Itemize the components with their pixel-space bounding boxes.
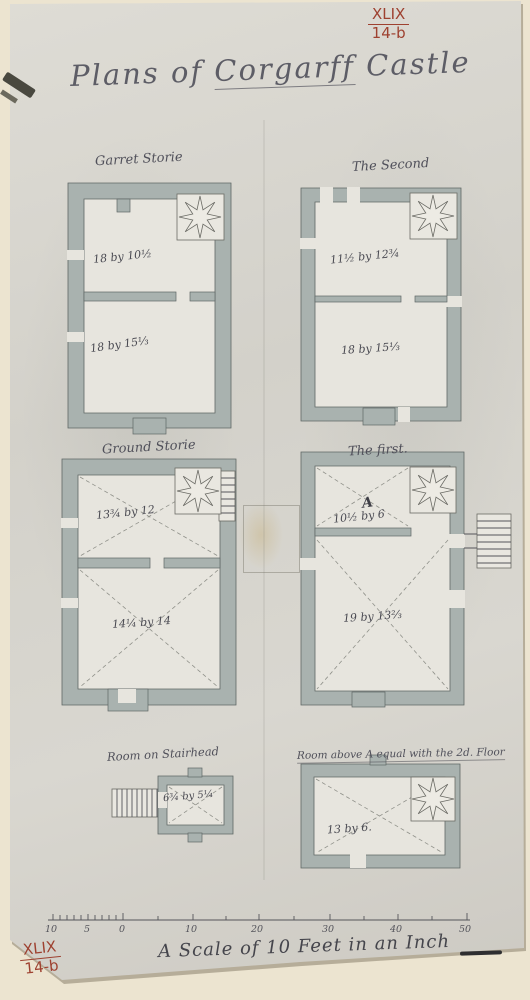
spiral-stair-icon [179,196,221,238]
spiral-stair-icon [412,778,454,820]
plan-ground-storie [61,459,236,711]
plan-the-second [300,187,462,425]
spiral-stair-icon [412,469,454,511]
spiral-stair-icon [412,195,454,237]
scale-tick-label: 20 [251,924,263,935]
scale-tick-label: 5 [84,924,90,935]
scale-bar [48,913,470,920]
scale-tick-label: 10 [45,924,57,935]
scale-tick-label: 0 [119,924,125,935]
scale-tick-label: 10 [185,924,197,935]
plan-label-the-first: The first. [348,441,408,459]
plan-room-above-a [301,755,460,868]
spiral-stair-icon [177,470,219,512]
plan-garret-storie [67,183,231,434]
pencil-outline [243,505,300,573]
manuscript-page: XLIX 14-b XLIX 14-b Plans of Corgarff Ca… [0,0,530,1000]
plan-drawings [0,0,530,1000]
scale-tick-label: 30 [322,924,334,935]
scale-tick-label: 50 [459,924,471,935]
plan-the-first [300,452,511,707]
plan-room-on-stairhead [112,768,233,842]
external-stair [477,514,511,568]
